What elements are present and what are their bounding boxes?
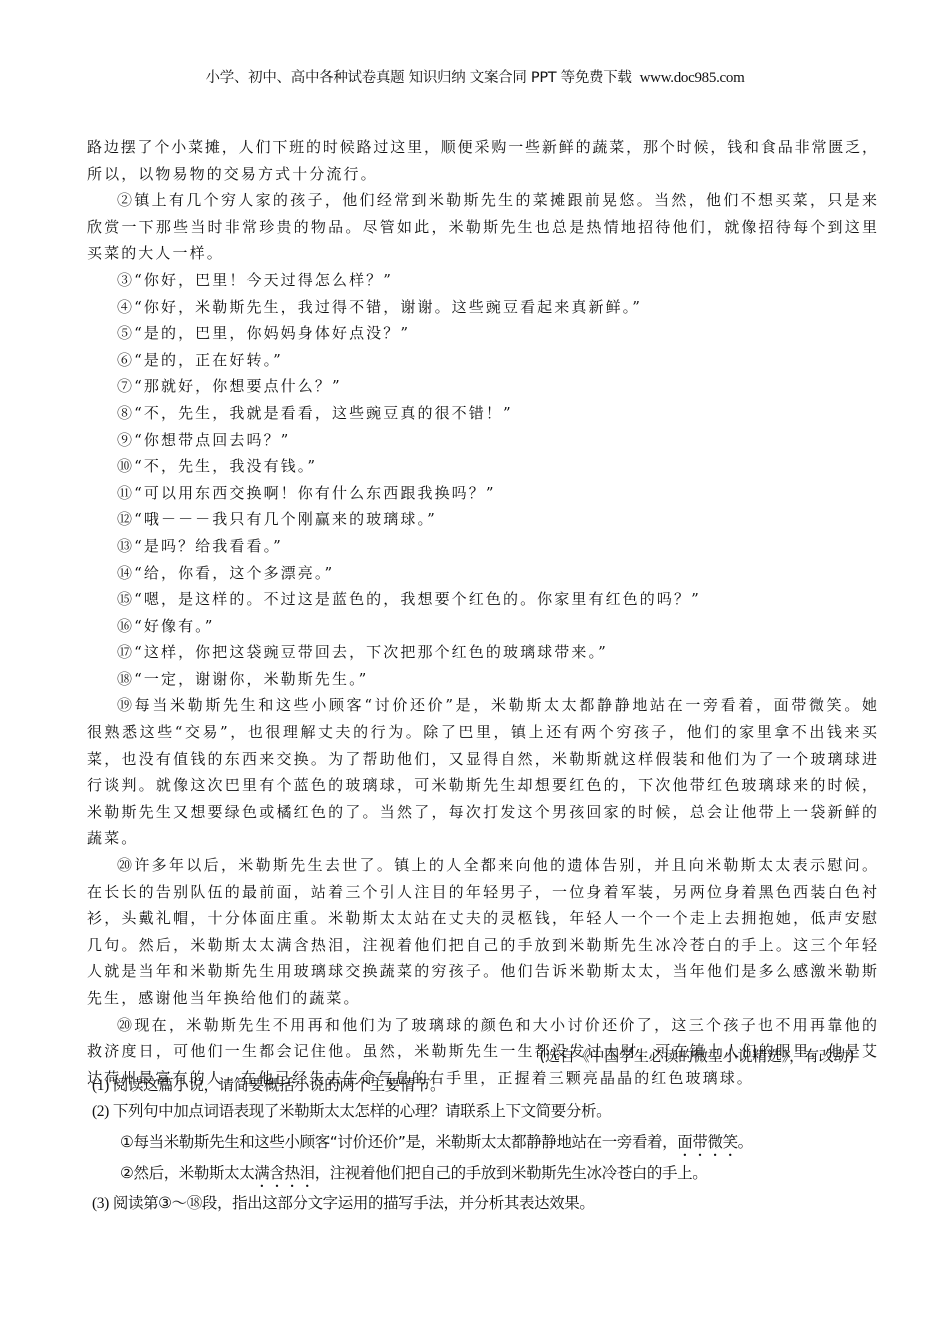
- article-line: ⑤“是的，巴里，你妈妈身体好点没？”: [87, 320, 877, 347]
- article-line: ⑬“是吗？给我看看。”: [87, 533, 877, 560]
- article-line: ⑥“是的，正在好转。”: [87, 347, 877, 374]
- questions-section: (1)阅读这篇小说，请简要概括小说的两个主要情节。 (2)下列句中加点词语表现了…: [92, 1072, 882, 1216]
- sentence-end: ，注视着他们把自己的手放到米勒斯先生冰冷苍白的手上。: [315, 1164, 708, 1182]
- question-text: 阅读这篇小说，请简要概括小说的两个主要情节。: [113, 1076, 445, 1094]
- article-line: ⑫“哦－－－我只有几个刚赢来的玻璃球。”: [87, 506, 877, 533]
- question-text: 下列句中加点词语表现了米勒斯太太怎样的心理？请联系上下文简要分析。: [113, 1102, 611, 1120]
- article-line: 先生，感谢他当年换给他们的蔬菜。: [87, 985, 877, 1012]
- article-line: ⑯“好像有。”: [87, 613, 877, 640]
- question-number: (1): [92, 1077, 109, 1094]
- article-line: 蔬菜。: [87, 825, 877, 852]
- dotted-phrase: 满含热泪: [254, 1164, 314, 1182]
- article-line: ⑮“嗯，是这样的。不过这是蓝色的，我想要个红色的。你家里有红色的吗？”: [87, 586, 877, 613]
- sentence-end: 。: [738, 1133, 753, 1151]
- article-line: ⑰“这样，你把这袋豌豆带回去，下次把那个红色的玻璃球带来。”: [87, 639, 877, 666]
- article-line: 在长长的告别队伍的最前面，站着三个引人注目的年轻男子，一位身着军装，另两位身着黑…: [87, 879, 877, 906]
- question-number: (3): [92, 1195, 109, 1212]
- header-url[interactable]: www.doc985.com: [640, 70, 745, 86]
- page-header: 小学、初中、高中各种试卷真题 知识归纳 文案合同 PPT 等免费下载www.do…: [0, 66, 950, 87]
- article-line: 几句。然后，米勒斯太太满含热泪，注视着他们把自己的手放到米勒斯先生冰冷苍白的手上…: [87, 932, 877, 959]
- article-line: ⑭“给，你看，这个多漂亮。”: [87, 560, 877, 587]
- question-number: (2): [92, 1103, 109, 1120]
- article-line: ④“你好，米勒斯先生，我过得不错，谢谢。这些豌豆看起来真新鲜。”: [87, 294, 877, 321]
- header-text: 小学、初中、高中各种试卷真题 知识归纳 文案合同 PPT 等免费下载: [206, 70, 632, 86]
- article-line: 欣赏一下那些当时非常珍贵的物品。尽管如此，米勒斯先生也总是热情地招待他们，就像招…: [87, 214, 877, 241]
- sentence-text: ②然后，米勒斯太太: [120, 1164, 254, 1182]
- article-line: 所以，以物易物的交易方式十分流行。: [87, 161, 877, 188]
- article-line: ⑧“不，先生，我就是看看，这些豌豆真的很不错！”: [87, 400, 877, 427]
- article-line: ⑳现在，米勒斯先生不用再和他们为了玻璃球的颜色和大小讨价还价了，这三个孩子也不用…: [87, 1012, 877, 1039]
- article-line: ⑨“你想带点回去吗？”: [87, 427, 877, 454]
- article-line: 人就是当年和米勒斯先生用玻璃球交换蔬菜的穷孩子。他们告诉米勒斯太太，当年他们是多…: [87, 958, 877, 985]
- question-2: (2)下列句中加点词语表现了米勒斯太太怎样的心理？请联系上下文简要分析。: [92, 1098, 882, 1124]
- sentence-text: ①每当米勒斯先生和这些小顾客“讨价还价”是，米勒斯太太都静静地站在一旁看着，: [120, 1133, 677, 1151]
- article-line: ⑳许多年以后，米勒斯先生去世了。镇上的人全都来向他的遗体告别，并且向米勒斯太太表…: [87, 852, 877, 879]
- article-line: ⑱“一定，谢谢你，米勒斯先生。”: [87, 666, 877, 693]
- question-text: 阅读第③～⑱段，指出这部分文字运用的描写手法，并分析其表达效果。: [113, 1194, 595, 1212]
- article-line: 很熟悉这些“交易”，也很理解丈夫的行为。除了巴里，镇上还有两个穷孩子，他们的家里…: [87, 719, 877, 746]
- article-line: 菜，也没有值钱的东西来交换。为了帮助他们，又显得自然，米勒斯就这样假装和他们为了…: [87, 746, 877, 773]
- question-2-sentence-1: ①每当米勒斯先生和这些小顾客“讨价还价”是，米勒斯太太都静静地站在一旁看着，面带…: [92, 1127, 882, 1158]
- question-3: (3)阅读第③～⑱段，指出这部分文字运用的描写手法，并分析其表达效果。: [92, 1190, 882, 1216]
- article-line: ⑪“可以用东西交换啊！你有什么东西跟我换吗？”: [87, 480, 877, 507]
- article-line: ⑦“那就好，你想要点什么？”: [87, 373, 877, 400]
- question-2-sentence-2: ②然后，米勒斯太太满含热泪，注视着他们把自己的手放到米勒斯先生冰冷苍白的手上。: [92, 1158, 882, 1189]
- article-line: ③“你好，巴里！今天过得怎么样？”: [87, 267, 877, 294]
- dotted-phrase: 面带微笑: [677, 1133, 737, 1151]
- article-line: 米勒斯先生又想要绿色或橘红色的了。当然了，每次打发这个男孩回家的时候，总会让他带…: [87, 799, 877, 826]
- article-body: 路边摆了个小菜摊，人们下班的时候路过这里，顺便采购一些新鲜的蔬菜，那个时候，钱和…: [87, 134, 877, 1091]
- article-line: ②镇上有几个穷人家的孩子，他们经常到米勒斯先生的菜摊跟前晃悠。当然，他们不想买菜…: [87, 187, 877, 214]
- article-line: ⑩“不，先生，我没有钱。”: [87, 453, 877, 480]
- article-line: 行谈判。就像这次巴里有个蓝色的玻璃球，可米勒斯先生却想要红色的，下次他带红色玻璃…: [87, 772, 877, 799]
- article-source: (选自《中国学生必读的微型小说精选》，有改动): [539, 1045, 854, 1066]
- article-line: 衫，头戴礼帽，十分体面庄重。米勒斯太太站在丈夫的灵柩钱，年轻人一个一个走上去拥抱…: [87, 905, 877, 932]
- question-1: (1)阅读这篇小说，请简要概括小说的两个主要情节。: [92, 1072, 882, 1098]
- article-line: ⑲每当米勒斯先生和这些小顾客“讨价还价”是，米勒斯太太都静静地站在一旁看着，面带…: [87, 692, 877, 719]
- article-line: 路边摆了个小菜摊，人们下班的时候路过这里，顺便采购一些新鲜的蔬菜，那个时候，钱和…: [87, 134, 877, 161]
- article-line: 买菜的大人一样。: [87, 240, 877, 267]
